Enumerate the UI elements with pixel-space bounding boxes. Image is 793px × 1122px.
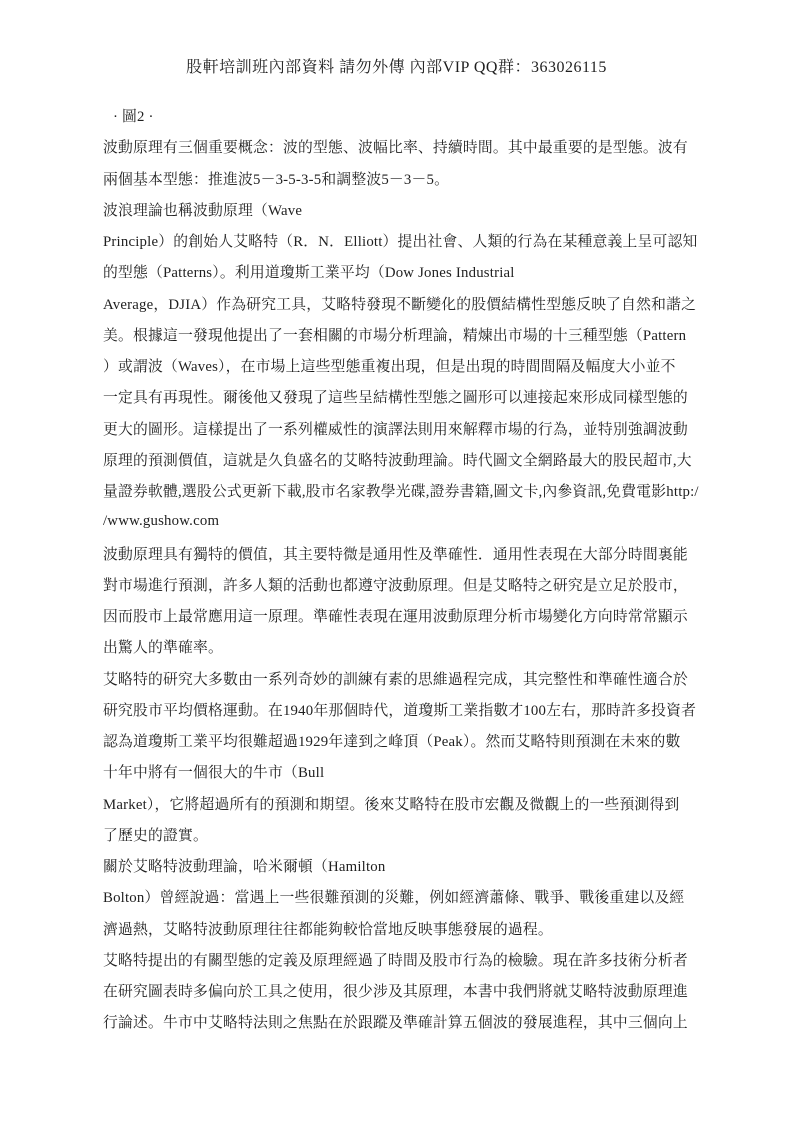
figure-caption: · 圖2 · [103,100,697,131]
text-line: 的型態（Patterns）。利用道瓊斯工業平均（Dow Jones Indust… [103,256,697,287]
text-line: 在研究圖表時多偏向於工具之使用，很少涉及其原理，本書中我們將就艾略特波動原理進 [103,975,697,1006]
text-line: 艾略特的研究大多數由一系列奇妙的訓練有素的思維過程完成，其完整性和準確性適合於 [103,663,697,694]
text-line: Bolton）曾經說過：當遇上一些很難預測的災難，例如經濟蕭條、戰爭、戰後重建以… [103,881,697,912]
text-line: 波浪理論也稱波動原理（Wave [103,194,697,225]
text-line: Average，DJIA）作為研究工具，艾略特發現不斷變化的股價結構性型態反映了… [103,288,697,319]
text-line: 研究股市平均價格運動。在1940年那個時代，道瓊斯工業指數才100左右，那時許多… [103,694,697,725]
text-line: 行論述。牛市中艾略特法則之焦點在於跟蹤及準確計算五個波的發展進程，其中三個向上 [103,1006,697,1037]
text-line: 出驚人的準確率。 [103,631,697,662]
text-line: 艾略特提出的有關型態的定義及原理經過了時間及股市行為的檢驗。現在許多技術分析者 [103,944,697,975]
document-body: · 圖2 · 波動原理有三個重要概念：波的型態、波幅比率、持續時間。其中最重要的… [103,100,697,1038]
text-line: 因而股市上最常應用這一原理。準確性表現在運用波動原理分析市場變化方向時常常顯示 [103,600,697,631]
text-line: 一定具有再現性。爾後他又發現了這些呈結構性型態之圖形可以連接起來形成同樣型態的 [103,381,697,412]
text-line: /www.gushow.com [103,506,697,537]
text-line: Market），它將超過所有的預測和期望。後來艾略特在股市宏觀及微觀上的一些預測… [103,788,697,819]
text-line: 原理的預測價值，這就是久負盛名的艾略特波動理論。時代圖文全網路最大的股民超市,大 [103,444,697,475]
text-line: 認為道瓊斯工業平均很難超過1929年達到之峰頂（Peak）。然而艾略特則預測在未… [103,725,697,756]
text-line: ）或謂波（Waves），在市場上這些型態重複出現，但是出現的時間間隔及幅度大小並… [103,350,697,381]
text-line: 對市場進行預測，許多人類的活動也都遵守波動原理。但是艾略特之研究是立足於股市， [103,569,697,600]
text-line: 更大的圖形。這樣提出了一系列權威性的演譯法則用來解釋市場的行為，並特別強調波動 [103,413,697,444]
text-line: 美。根據這一發現他提出了一套相關的市場分析理論，精煉出市場的十三種型態（Patt… [103,319,697,350]
text-line: 兩個基本型態：推進波5－3-5-3-5和調整波5－3－5。 [103,163,697,194]
text-line: 關於艾略特波動理論，哈米爾頓（Hamilton [103,850,697,881]
document-page: 股軒培訓班內部資料 請勿外傳 內部VIP QQ群：363026115 · 圖2 … [0,0,793,1122]
text-line: 濟過熱，艾略特波動原理往往都能夠較恰當地反映事態發展的過程。 [103,913,697,944]
text-line: Principle）的創始人艾略特（R．N．Elliott）提出社會、人類的行為… [103,225,697,256]
text-line: 波動原理有三個重要概念：波的型態、波幅比率、持續時間。其中最重要的是型態。波有 [103,131,697,162]
text-line: 了歷史的證實。 [103,819,697,850]
page-header: 股軒培訓班內部資料 請勿外傳 內部VIP QQ群：363026115 [0,54,793,77]
text-line: 十年中將有一個很大的牛市（Bull [103,756,697,787]
text-line: 波動原理具有獨特的價值，其主要特微是通用性及準確性．通用性表現在大部分時間裏能 [103,538,697,569]
text-line: 量證券軟體,選股公式更新下載,股市名家教學光碟,證券書籍,圖文卡,內參資訊,免費… [103,475,697,506]
